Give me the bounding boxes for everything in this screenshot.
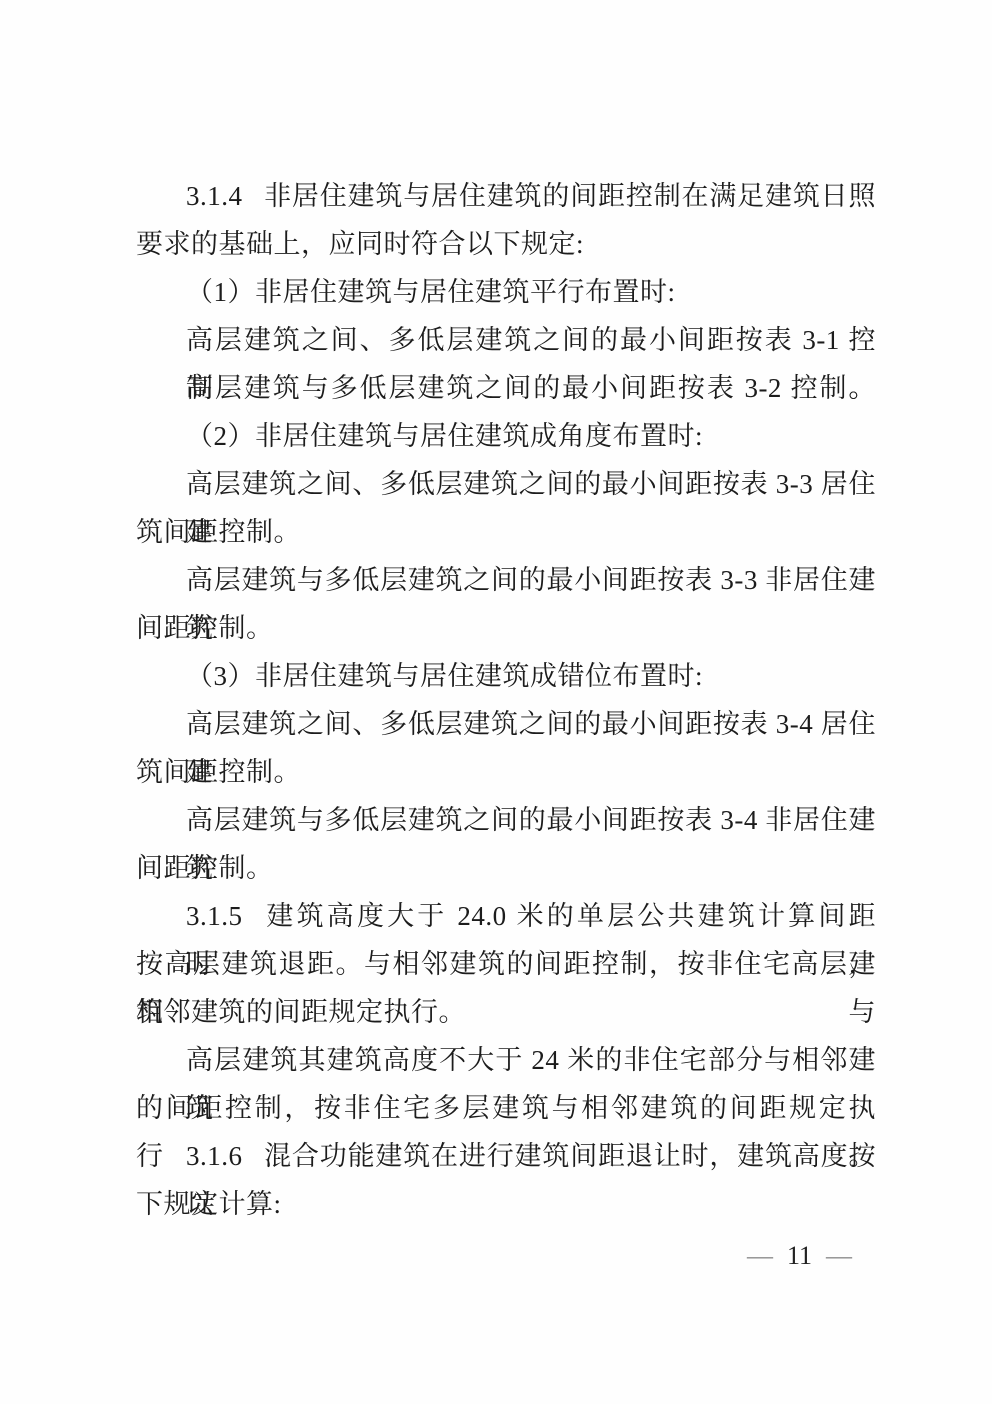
- text-line: 筑间距控制。: [136, 508, 876, 556]
- page-number-value: 11: [787, 1241, 812, 1270]
- text-line: 要求的基础上，应同时符合以下规定:: [136, 220, 876, 268]
- text-line: 的间距控制，按非住宅多层建筑与相邻建筑的间距规定执行。: [136, 1084, 876, 1132]
- text-line: 下规定计算:: [136, 1180, 876, 1228]
- text-line: 高层建筑与多低层建筑之间的最小间距按表 3-2 控制。: [136, 364, 876, 412]
- document-body: 3.1.4 非居住建筑与居住建筑的间距控制在满足建筑日照要求的基础上，应同时符合…: [136, 172, 876, 1228]
- text-line: 高层建筑其建筑高度不大于 24 米的非住宅部分与相邻建筑: [136, 1036, 876, 1084]
- page-number-left-dash: —: [747, 1241, 773, 1270]
- text-line: 高层建筑之间、多低层建筑之间的最小间距按表 3-1 控制。: [136, 316, 876, 364]
- text-line: 3.1.6 混合功能建筑在进行建筑间距退让时，建筑高度按以: [136, 1132, 876, 1180]
- text-line: （2）非居住建筑与居住建筑成角度布置时:: [136, 412, 876, 460]
- page-number-right-dash: —: [826, 1241, 852, 1270]
- text-line: 间距控制。: [136, 604, 876, 652]
- text-line: 高层建筑之间、多低层建筑之间的最小间距按表 3-4 居住建: [136, 700, 876, 748]
- document-page: 3.1.4 非居住建筑与居住建筑的间距控制在满足建筑日照要求的基础上，应同时符合…: [0, 0, 992, 1404]
- text-line: 按高层建筑退距。与相邻建筑的间距控制，按非住宅高层建筑与: [136, 940, 876, 988]
- text-line: 高层建筑与多低层建筑之间的最小间距按表 3-4 非居住建筑: [136, 796, 876, 844]
- text-line: 间距控制。: [136, 844, 876, 892]
- text-line: （1）非居住建筑与居住建筑平行布置时:: [136, 268, 876, 316]
- page-number: —11—: [747, 1240, 852, 1272]
- text-line: （3）非居住建筑与居住建筑成错位布置时:: [136, 652, 876, 700]
- text-line: 3.1.4 非居住建筑与居住建筑的间距控制在满足建筑日照: [136, 172, 876, 220]
- text-line: 高层建筑与多低层建筑之间的最小间距按表 3-3 非居住建筑: [136, 556, 876, 604]
- text-line: 筑间距控制。: [136, 748, 876, 796]
- text-line: 高层建筑之间、多低层建筑之间的最小间距按表 3-3 居住建: [136, 460, 876, 508]
- text-line: 3.1.5 建筑高度大于 24.0 米的单层公共建筑计算间距时，: [136, 892, 876, 940]
